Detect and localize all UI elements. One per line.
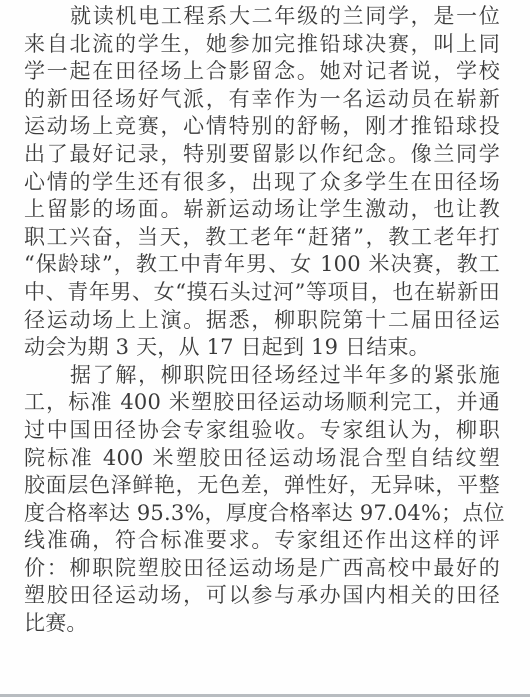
paragraph-2-line-9: 塑胶田径运动场，可以参与承办国内相关的田径	[24, 582, 500, 610]
paragraph-2-line-8: 价：柳职院塑胶田径运动场是广西高校中最好的	[24, 555, 500, 583]
paragraph-1-line-3: 学一起在田径场上合影留念。她对记者说，学校	[24, 58, 500, 86]
paragraph-1-line-10: “保龄球”，教工中青年男、女 100 米决赛，教工	[24, 251, 500, 279]
paragraph-2-line-7: 线准确，符合标准要求。专家组还作出这样的评	[24, 527, 500, 555]
paragraph-1-line-13: 动会为期 3 天，从 17 日起到 19 日结束。	[24, 334, 500, 362]
paragraph-2-line-3: 过中国田径协会专家组验收。专家组认为，柳职	[24, 417, 500, 445]
paragraph-1-line-7: 心情的学生还有很多，出现了众多学生在田径场	[24, 169, 500, 197]
paragraph-1-line-6: 出了最好记录，特别要留影以作纪念。像兰同学	[24, 141, 500, 169]
paragraph-1-line-2: 来自北流的学生，她参加完推铅球决赛，叫上同	[24, 31, 500, 59]
article-body: 就读机电工程系大二年级的兰同学，是一位 来自北流的学生，她参加完推铅球决赛，叫上…	[24, 3, 500, 638]
paragraph-2-line-6: 度合格率达 95.3%，厚度合格率达 97.04%；点位	[24, 500, 500, 528]
paragraph-2-line-4: 院标准 400 米塑胶田径运动场混合型自结纹塑	[24, 445, 500, 473]
paragraph-1-line-9: 职工兴奋，当天，教工老年“赶猪”，教工老年打	[24, 224, 500, 252]
paragraph-1-line-1: 就读机电工程系大二年级的兰同学，是一位	[24, 3, 500, 31]
paragraph-1-line-12: 径运动场上上演。据悉，柳职院第十二届田径运	[24, 307, 500, 335]
paragraph-2-line-10: 比赛。	[24, 610, 500, 638]
paragraph-2-line-2: 工，标准 400 米塑胶田径运动场顺利完工，并通	[24, 389, 500, 417]
document-page: 就读机电工程系大二年级的兰同学，是一位 来自北流的学生，她参加完推铅球决赛，叫上…	[0, 0, 530, 694]
paragraph-2-line-1: 据了解，柳职院田径场经过半年多的紧张施	[24, 362, 500, 390]
paragraph-1-line-8: 上留影的场面。崭新运动场让学生激动，也让教	[24, 196, 500, 224]
paragraph-1-line-5: 运动场上竞赛，心情特别的舒畅，刚才推铅球投	[24, 113, 500, 141]
paragraph-1-line-11: 中、青年男、女“摸石头过河”等项目，也在崭新田	[24, 279, 500, 307]
paragraph-1-line-4: 的新田径场好气派，有幸作为一名运动员在崭新	[24, 86, 500, 114]
paragraph-2-line-5: 胶面层色泽鲜艳，无色差，弹性好，无异味，平整	[24, 472, 500, 500]
